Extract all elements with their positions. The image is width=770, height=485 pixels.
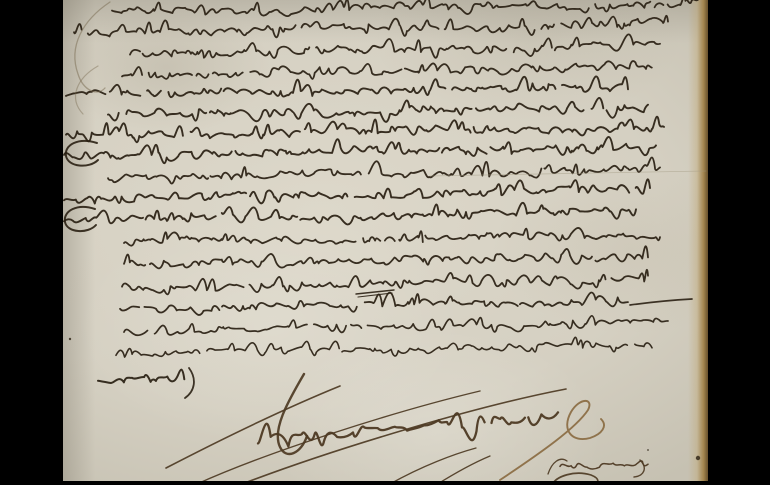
script-line-8 (64, 137, 656, 163)
ink-speck-3 (647, 449, 649, 451)
secondary-signature-name (560, 461, 648, 469)
script-line-10 (64, 179, 650, 203)
margin-flourish-top (75, 2, 110, 92)
letterbox-left-bar (0, 0, 63, 485)
rubric-close-paren (185, 368, 194, 398)
script-line-2 (74, 16, 668, 37)
script-line-11 (64, 203, 636, 225)
script-line-17 (116, 337, 652, 357)
first-letter-stem (278, 374, 307, 454)
letterbox-bottom-bar (0, 481, 770, 485)
left-loop-line8 (66, 141, 98, 166)
handwriting-ink-layer (0, 0, 770, 485)
ink-speck-1 (696, 456, 700, 460)
script-line-15 (120, 293, 628, 315)
letterbox-right-bar (708, 0, 770, 485)
script-line-18 (98, 370, 184, 383)
lead-in-curl (548, 459, 567, 474)
script-line-6 (108, 98, 648, 122)
script-line-13 (124, 246, 648, 268)
script-line-7 (66, 117, 664, 143)
script-line-5 (66, 76, 628, 97)
script-line-12 (124, 228, 660, 246)
script-lines (64, 0, 698, 383)
ink-speck-2 (69, 338, 71, 340)
script-line-16 (124, 316, 668, 335)
manuscript-photo (0, 0, 770, 485)
script-line-3 (130, 34, 660, 58)
script-line-1 (112, 0, 698, 16)
script-line-4 (122, 61, 652, 79)
tail-stroke-1 (390, 448, 476, 484)
line-end-dash (630, 299, 692, 305)
script-line-9 (108, 157, 660, 183)
primary-signature (166, 374, 604, 485)
ink-specks (69, 338, 700, 460)
underswash-1 (166, 386, 340, 468)
